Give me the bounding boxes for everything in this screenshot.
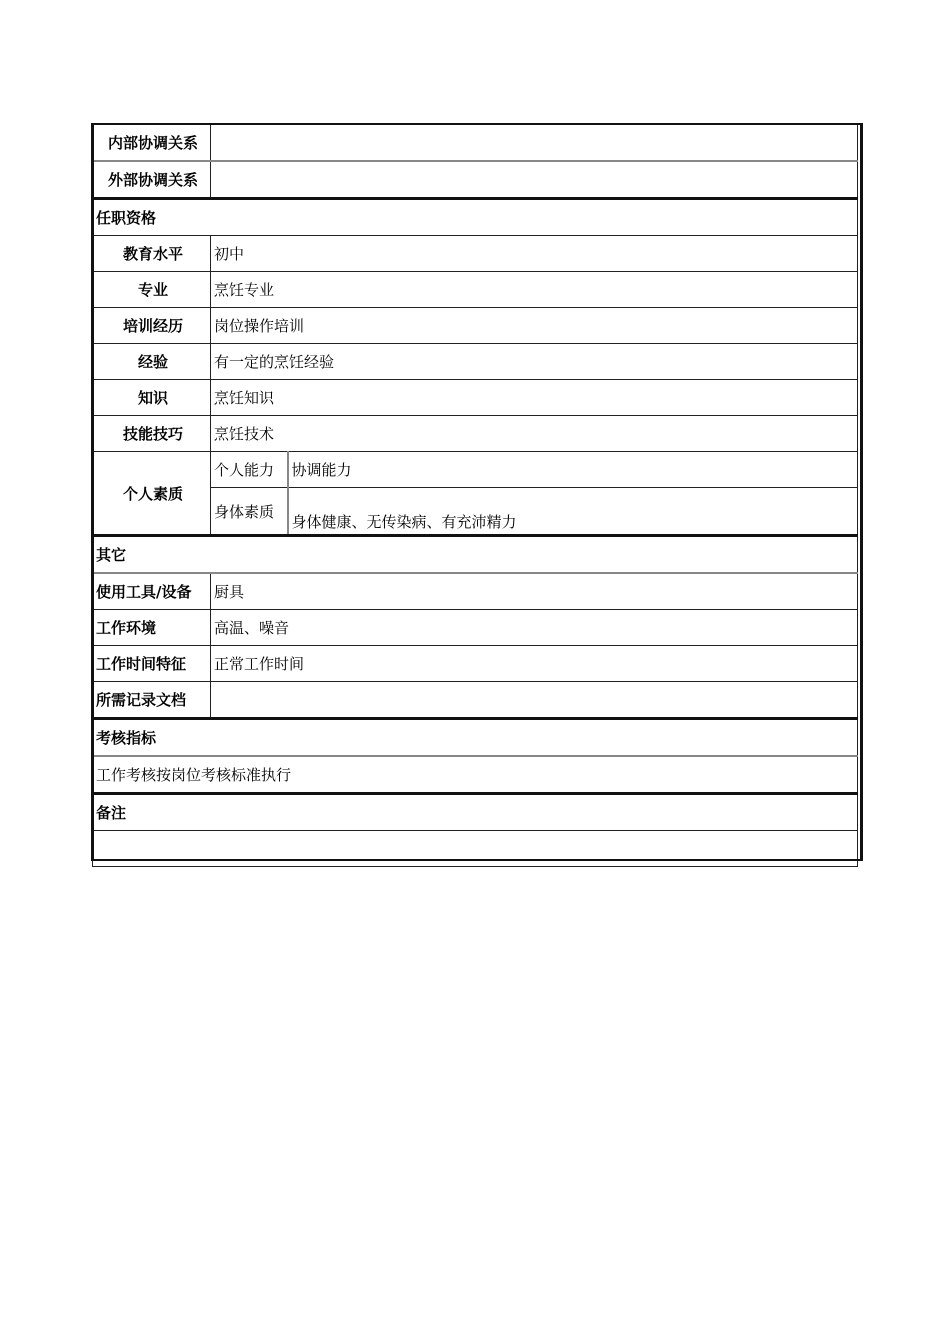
section-header-remarks: 备注 [93, 794, 858, 831]
table-row: 外部协调关系 [93, 161, 858, 199]
tools-label: 使用工具/设备 [93, 573, 211, 610]
section-header-assessment: 考核指标 [93, 719, 858, 757]
assessment-value: 工作考核按岗位考核标准执行 [93, 756, 858, 794]
work-environment-value: 高温、噪音 [211, 610, 858, 646]
section-title: 其它 [93, 536, 858, 574]
education-value: 初中 [211, 236, 858, 272]
table-row: 知识 烹饪知识 [93, 380, 858, 416]
section-header-qualifications: 任职资格 [93, 199, 858, 236]
internal-coordination-value [211, 125, 858, 162]
knowledge-value: 烹饪知识 [211, 380, 858, 416]
training-label: 培训经历 [93, 308, 211, 344]
personal-quality-label: 个人素质 [93, 452, 211, 536]
required-documents-label: 所需记录文档 [93, 682, 211, 719]
table-row: 技能技巧 烹饪技术 [93, 416, 858, 452]
major-value: 烹饪专业 [211, 272, 858, 308]
external-coordination-label: 外部协调关系 [93, 161, 211, 199]
table-row: 工作考核按岗位考核标准执行 [93, 756, 858, 794]
table-row [93, 831, 858, 867]
major-label: 专业 [93, 272, 211, 308]
personal-ability-value: 协调能力 [288, 452, 858, 488]
section-title: 任职资格 [93, 199, 858, 236]
internal-coordination-label: 内部协调关系 [93, 125, 211, 162]
table-row: 工作环境 高温、噪音 [93, 610, 858, 646]
physical-quality-label: 身体素质 [211, 488, 288, 536]
table-row: 经验 有一定的烹饪经验 [93, 344, 858, 380]
skills-label: 技能技巧 [93, 416, 211, 452]
required-documents-value [211, 682, 858, 719]
work-environment-label: 工作环境 [93, 610, 211, 646]
table-row: 培训经历 岗位操作培训 [93, 308, 858, 344]
job-description-table: 内部协调关系 外部协调关系 任职资格 教育水平 初中 专业 烹饪专业 培训经历 … [92, 124, 858, 867]
table-row: 个人素质 个人能力 协调能力 [93, 452, 858, 488]
personal-ability-label: 个人能力 [211, 452, 288, 488]
education-label: 教育水平 [93, 236, 211, 272]
section-header-others: 其它 [93, 536, 858, 574]
experience-label: 经验 [93, 344, 211, 380]
work-time-label: 工作时间特征 [93, 646, 211, 682]
table-row: 专业 烹饪专业 [93, 272, 858, 308]
physical-quality-value: 身体健康、无传染病、有充沛精力 [288, 488, 858, 536]
section-title: 备注 [93, 794, 858, 831]
experience-value: 有一定的烹饪经验 [211, 344, 858, 380]
work-time-value: 正常工作时间 [211, 646, 858, 682]
remarks-value [93, 831, 858, 867]
table-row: 使用工具/设备 厨具 [93, 573, 858, 610]
table-row: 所需记录文档 [93, 682, 858, 719]
table-row: 教育水平 初中 [93, 236, 858, 272]
training-value: 岗位操作培训 [211, 308, 858, 344]
section-title: 考核指标 [93, 719, 858, 757]
skills-value: 烹饪技术 [211, 416, 858, 452]
table-row: 工作时间特征 正常工作时间 [93, 646, 858, 682]
table-row: 内部协调关系 [93, 125, 858, 162]
knowledge-label: 知识 [93, 380, 211, 416]
tools-value: 厨具 [211, 573, 858, 610]
external-coordination-value [211, 161, 858, 199]
